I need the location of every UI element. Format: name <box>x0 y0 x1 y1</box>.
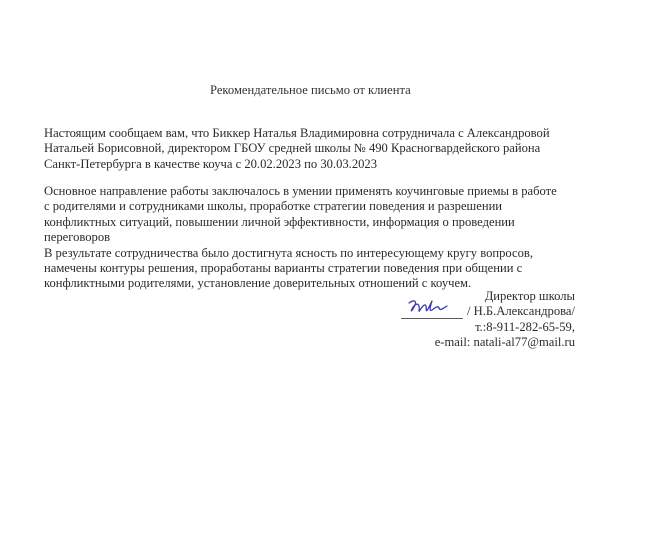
paragraph-line: Санкт-Петербурга в качестве коуча с 20.0… <box>44 157 550 172</box>
signer-phone: т.:8-911-282-65-59, <box>435 320 575 335</box>
paragraph-line: В результате сотрудничества было достигн… <box>44 246 533 261</box>
paragraph-intro: Настоящим сообщаем вам, что Биккер Натал… <box>44 126 550 172</box>
paragraph-line: Настоящим сообщаем вам, что Биккер Натал… <box>44 126 550 141</box>
signer-email: e-mail: natali-al77@mail.ru <box>435 335 575 350</box>
signer-position: Директор школы <box>435 289 575 304</box>
paragraph-line: намечены контуры решения, проработаны ва… <box>44 261 533 276</box>
letter-title: Рекомендательное письмо от клиента <box>210 83 411 98</box>
paragraph-line: Основное направление работы заключалось … <box>44 184 557 199</box>
paragraph-line: с родителями и сотрудниками школы, прора… <box>44 199 557 214</box>
signature-block: Директор школы / Н.Б.Александрова/ т.:8-… <box>435 289 575 351</box>
letter-page: Рекомендательное письмо от клиента Насто… <box>0 0 647 554</box>
signer-name: / Н.Б.Александрова/ <box>435 304 575 319</box>
paragraph-results: В результате сотрудничества было достигн… <box>44 246 533 292</box>
paragraph-line: конфликтных ситуаций, повышении личной э… <box>44 215 557 230</box>
paragraph-work-focus: Основное направление работы заключалось … <box>44 184 557 246</box>
paragraph-line: переговоров <box>44 230 557 245</box>
paragraph-line: Натальей Борисовной, директором ГБОУ сре… <box>44 141 550 156</box>
